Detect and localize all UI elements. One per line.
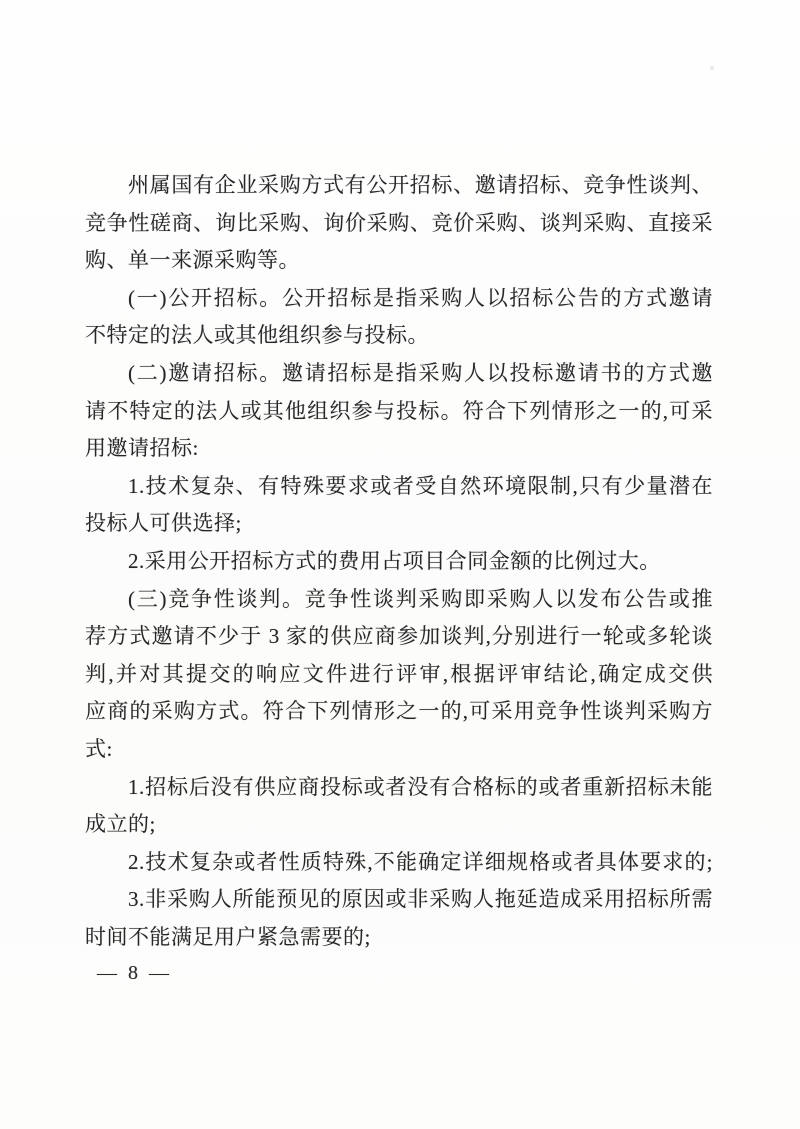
scan-speck-artifact [710, 66, 714, 70]
text-line: 判,并对其提交的响应文件进行评审,根据评审结论,确定成交供 [85, 656, 713, 694]
text-line: (二)邀请招标。邀请招标是指采购人以投标邀请书的方式邀 [85, 355, 713, 393]
text-line: 用邀请招标: [85, 430, 713, 468]
scanned-document-page: 州属国有企业采购方式有公开招标、邀请招标、竞争性谈判、 竞争性磋商、询比采购、询… [0, 0, 800, 1129]
page-footer: — 8 — [97, 958, 172, 988]
text-line: 投标人可供选择; [85, 505, 713, 543]
text-line: 时间不能满足用户紧急需要的; [85, 919, 713, 957]
text-line: 不特定的法人或其他组织参与投标。 [85, 317, 713, 355]
text-line: 2.技术复杂或者性质特殊,不能确定详细规格或者具体要求的; [85, 844, 713, 882]
text-line: 1.招标后没有供应商投标或者没有合格标的或者重新招标未能 [85, 769, 713, 807]
text-line: 1.技术复杂、有特殊要求或者受自然环境限制,只有少量潜在 [85, 468, 713, 506]
document-body-text: 州属国有企业采购方式有公开招标、邀请招标、竞争性谈判、 竞争性磋商、询比采购、询… [85, 167, 713, 956]
text-line: 购、单一来源采购等。 [85, 242, 713, 280]
text-line: 州属国有企业采购方式有公开招标、邀请招标、竞争性谈判、 [85, 167, 713, 205]
text-line: 应商的采购方式。符合下列情形之一的,可采用竞争性谈判采购方 [85, 693, 713, 731]
page-number: — 8 — [97, 962, 172, 984]
text-line: 式: [85, 731, 713, 769]
text-line: 成立的; [85, 806, 713, 844]
text-line: 请不特定的法人或其他组织参与投标。符合下列情形之一的,可采 [85, 393, 713, 431]
text-line: 荐方式邀请不少于 3 家的供应商参加谈判,分别进行一轮或多轮谈 [85, 618, 713, 656]
text-line: (三)竞争性谈判。竞争性谈判采购即采购人以发布公告或推 [85, 581, 713, 619]
text-line: 2.采用公开招标方式的费用占项目合同金额的比例过大。 [85, 543, 713, 581]
text-line: (一)公开招标。公开招标是指采购人以招标公告的方式邀请 [85, 280, 713, 318]
text-line: 3.非采购人所能预见的原因或非采购人拖延造成采用招标所需 [85, 881, 713, 919]
text-line: 竞争性磋商、询比采购、询价采购、竞价采购、谈判采购、直接采 [85, 205, 713, 243]
